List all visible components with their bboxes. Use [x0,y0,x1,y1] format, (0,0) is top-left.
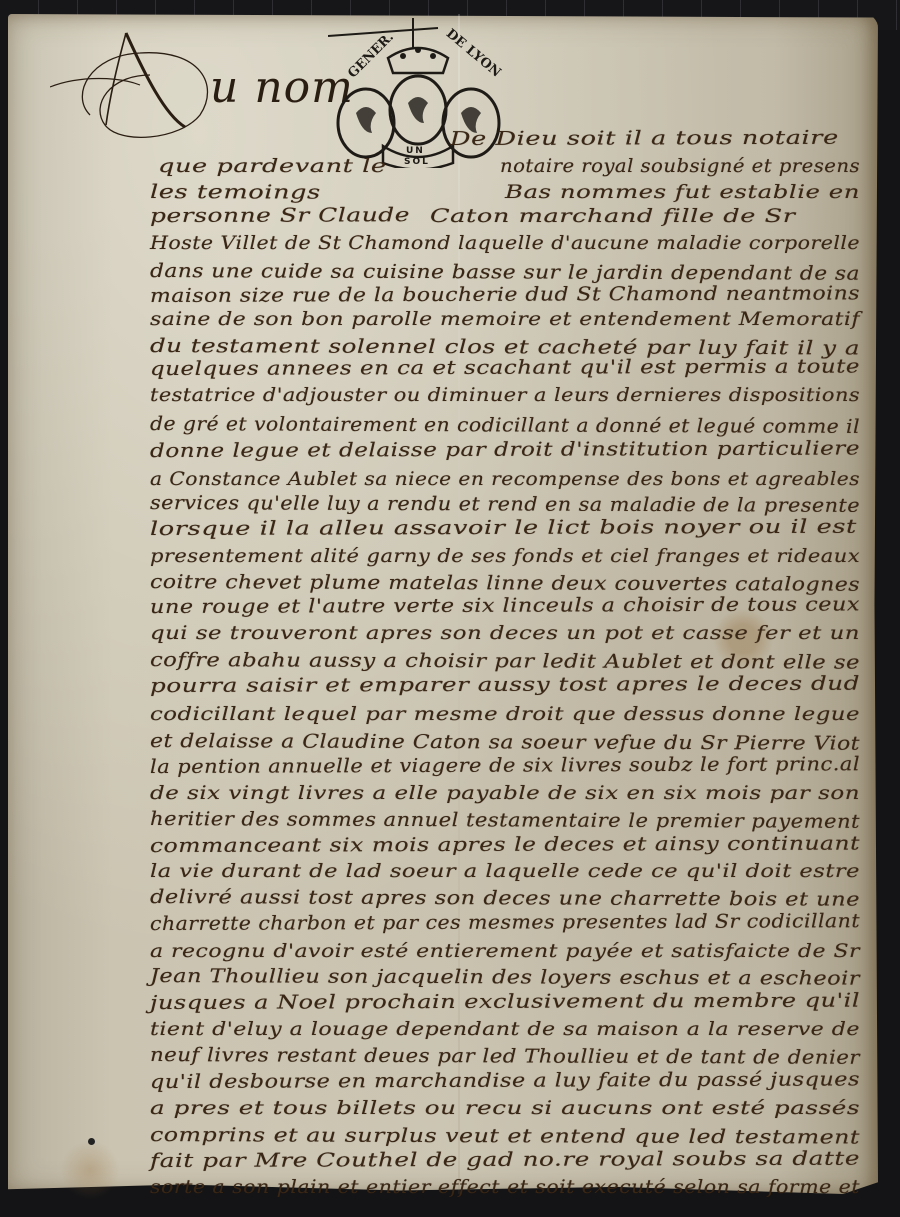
manuscript-line: codicillant lequel par mesme droit que d… [150,703,860,725]
manuscript-line-continuation: notaire royal soubsigné et presens [500,155,860,177]
manuscript-line: a pres et tous billets ou recu si aucuns… [150,1097,860,1119]
manuscript-line: Hoste Villet de St Chamond laquelle d'au… [150,232,860,254]
manuscript-line: a recognu d'avoir esté entierement payée… [150,940,860,962]
manuscript-line: que pardevant le [158,155,387,177]
manuscript-line: qu'il desbourse en marchandise a luy fai… [150,1068,860,1093]
manuscript-line: charrette charbon et par ces mesmes pres… [150,910,860,935]
manuscript-line-continuation: Caton marchand fille de Sr [430,205,796,227]
manuscript-line: saine de son bon parolle memoire et ente… [150,308,860,330]
manuscript-line: jusques a Noel prochain exclusivement du… [150,990,860,1014]
manuscript-line: tient d'eluy a louage dependant de sa ma… [150,1018,860,1040]
manuscript-line: les temoings [150,181,321,204]
manuscript-line: comprins et au surplus veut et entend qu… [150,1124,860,1148]
manuscript-line: testatrice d'adjouster ou diminuer a leu… [150,384,860,406]
manuscript-line: fait par Mre Couthel de gad no.re royal … [150,1148,860,1172]
manuscript-line: presentement alité garny de ses fonds et… [150,545,860,567]
manuscript-line: coitre chevet plume matelas linne deux c… [150,571,860,596]
manuscript-line: donne legue et delaisse par droit d'inst… [150,437,860,462]
manuscript-line: a Constance Aublet sa niece en recompens… [150,468,860,490]
manuscript-line: De Dieu soit il a tous notaire [450,127,839,150]
manuscript-line: une rouge et l'autre verte six linceuls … [150,593,860,618]
manuscript-line: la pention annuelle et viagere de six li… [150,753,860,778]
manuscript-line: quelques annees en ca et scachant qu'il … [150,355,860,380]
manuscript-line-continuation: Bas nommes fut establie en [505,181,860,203]
manuscript-line: qui se trouveront apres son deces un pot… [150,622,860,644]
manuscript-line: delivré aussi tost apres son deces une c… [150,886,860,911]
manuscript-line: la vie durant de lad soeur a laquelle ce… [150,860,860,882]
manuscript-line: commanceant six mois apres le deces et a… [150,832,860,857]
manuscript-line: sorte a son plain et entier effect et so… [150,1176,860,1198]
manuscript-line: neuf livres restant deues par led Thoull… [150,1044,860,1069]
water-stain [60,1140,120,1200]
stamp-value-un: UN [406,146,425,156]
manuscript-line: personne Sr Claude [150,204,410,227]
manuscript-line: services qu'elle luy a rendu et rend en … [150,492,860,517]
paper-hole [88,1138,95,1145]
manuscript-line: Jean Thoullieu son jacquelin des loyers … [150,965,860,990]
manuscript-line: et delaisse a Claudine Caton sa soeur ve… [150,730,860,755]
manuscript-line: coffre abahu aussy a choisir par ledit A… [150,649,860,674]
manuscript-line: pourra saisir et emparer aussy tost apre… [150,673,860,697]
manuscript-line: lorsque il la alleu assavoir le lict boi… [150,516,857,540]
manuscript-line: heritier des sommes annuel testamentaire… [150,808,860,833]
manuscript-line: de six vingt livres a elle payable de si… [150,782,860,804]
manuscript-line: dans une cuide sa cuisine basse sur le j… [150,260,860,285]
manuscript-line: maison size rue de la boucherie dud St C… [150,282,860,307]
manuscript-line: de gré et volontairement en codicillant … [150,413,860,438]
stamp-value-sol: SOL [404,157,430,167]
